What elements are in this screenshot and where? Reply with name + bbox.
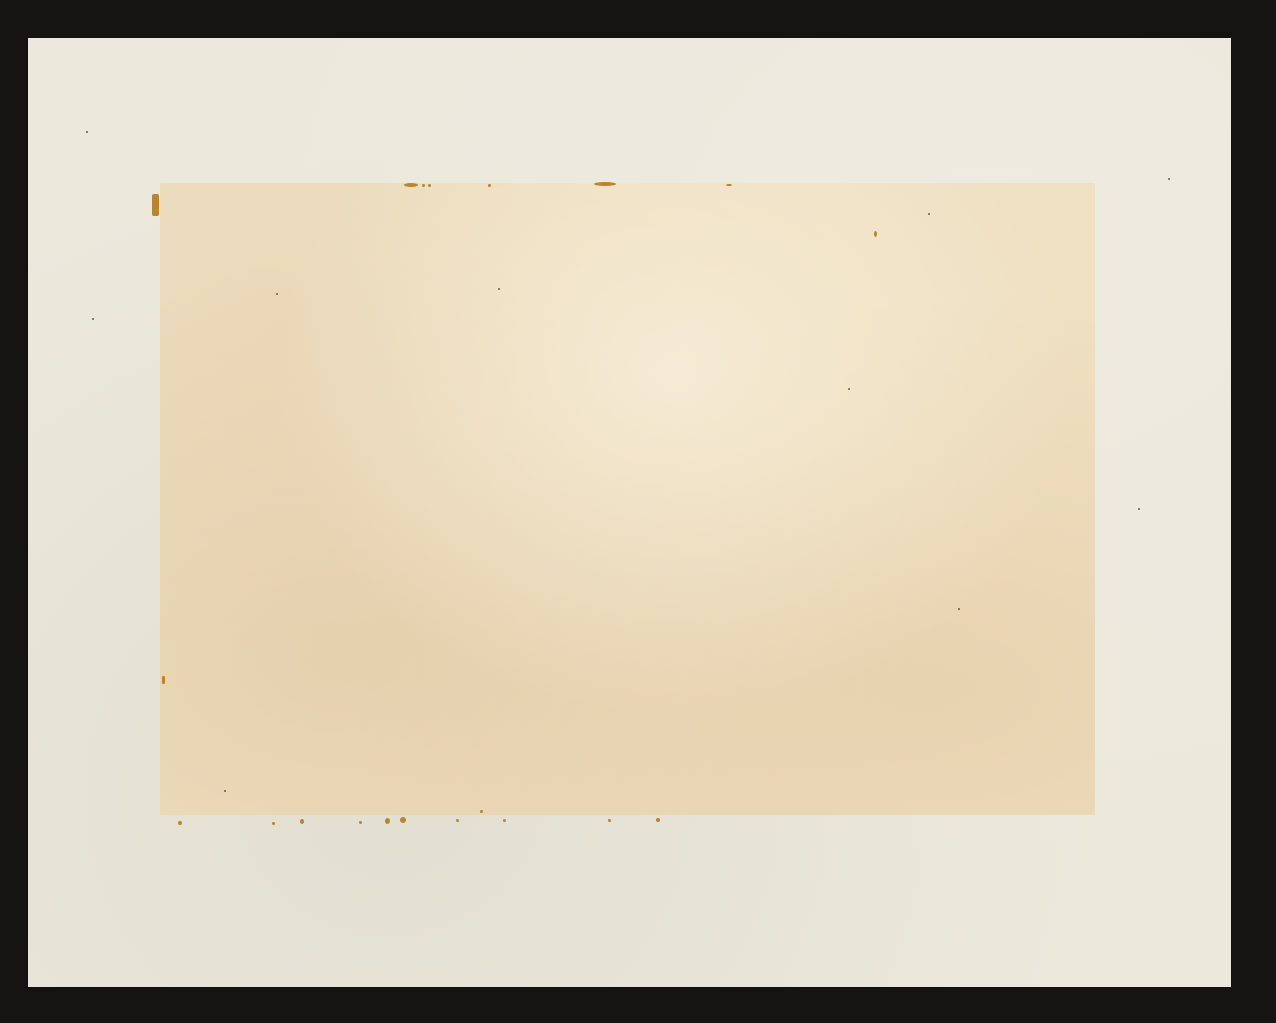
- speck: [498, 288, 500, 290]
- stain: [300, 819, 304, 824]
- stain: [400, 817, 406, 823]
- stain: [422, 184, 425, 187]
- plate-mark-area: [160, 183, 1095, 815]
- stain: [404, 183, 418, 187]
- stain: [656, 818, 660, 822]
- stain: [456, 819, 459, 822]
- stain: [272, 822, 275, 825]
- stain: [428, 184, 431, 187]
- paper-sheet: [28, 38, 1231, 987]
- speck: [1168, 178, 1170, 180]
- speck: [928, 213, 930, 215]
- stain: [178, 821, 182, 825]
- speck: [92, 318, 94, 320]
- speck: [86, 131, 88, 133]
- stain: [359, 821, 362, 824]
- stain: [162, 676, 165, 684]
- stain: [726, 184, 732, 186]
- stain: [608, 819, 611, 822]
- stain: [385, 818, 390, 824]
- stain: [488, 184, 491, 187]
- speck: [1138, 508, 1140, 510]
- speck: [848, 388, 850, 390]
- stain: [152, 194, 159, 216]
- speck: [224, 790, 226, 792]
- stain: [480, 810, 483, 813]
- stain: [503, 819, 506, 822]
- stain: [874, 231, 877, 237]
- speck: [958, 608, 960, 610]
- speck: [276, 293, 278, 295]
- stain: [594, 182, 616, 186]
